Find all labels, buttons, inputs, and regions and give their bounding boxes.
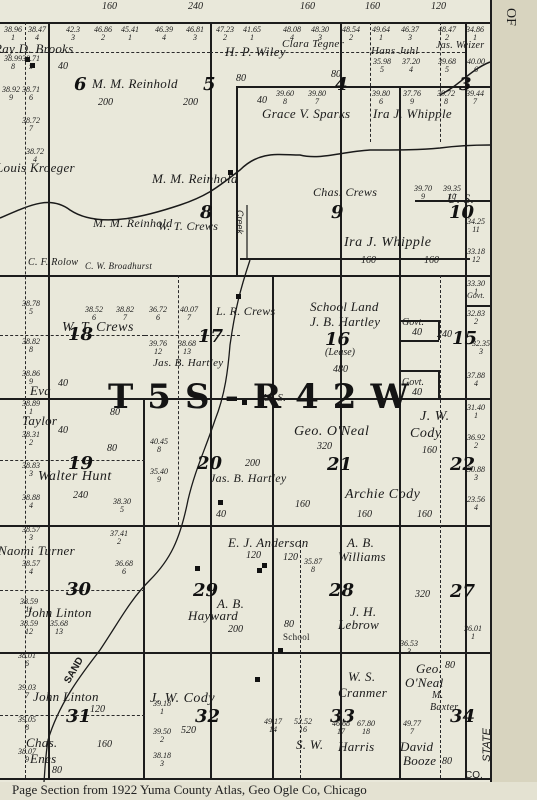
owner-label: A. B. bbox=[347, 536, 374, 549]
section-line bbox=[0, 275, 490, 277]
owner-label: H. P. Wiley bbox=[225, 45, 286, 58]
acreage-label: 160 bbox=[102, 2, 117, 12]
owner-label: M. M. Reinhold bbox=[92, 77, 178, 90]
acreage-label: 40 bbox=[412, 328, 422, 338]
section-number-17: 17 bbox=[198, 328, 223, 346]
section-number-32: 32 bbox=[195, 708, 220, 726]
building-icon bbox=[257, 568, 262, 573]
owner-label: J. W. bbox=[420, 410, 450, 424]
lot-label: 40.077 bbox=[180, 306, 198, 322]
owner-label: School Land bbox=[310, 300, 379, 313]
owner-label: Geo. O'Neal bbox=[294, 425, 369, 439]
acreage-label: 120 bbox=[431, 2, 446, 12]
acreage-label: 320 bbox=[415, 590, 430, 600]
owner-label: E. J. Anderson bbox=[228, 536, 309, 549]
owner-label: L. R. Crews bbox=[216, 305, 276, 317]
lot-label: 46.813 bbox=[186, 26, 204, 42]
acreage-label: 200 bbox=[183, 98, 198, 108]
lot-label: 36.726 bbox=[149, 306, 167, 322]
lot-label: 36.686 bbox=[115, 560, 133, 576]
plat-map: 160 240 160 160 120 OF 6 5 4 3 8 9 10 18… bbox=[0, 0, 537, 800]
acreage-label: 40 bbox=[58, 379, 68, 389]
lot-label: 38.884 bbox=[22, 494, 40, 510]
lot-label: 37.884 bbox=[467, 372, 485, 388]
lot-label: 23.564 bbox=[467, 496, 485, 512]
lot-label: 38.929 bbox=[2, 86, 20, 102]
acreage-label: 80 bbox=[110, 408, 120, 418]
owner-label: Jas. B. Hartley bbox=[153, 358, 223, 369]
lot-label: 47.232 bbox=[216, 26, 234, 42]
lot-label: 30.883 bbox=[467, 466, 485, 482]
acreage-label: 80 bbox=[107, 444, 117, 454]
owner-label: Jas. B. Hartley bbox=[210, 472, 286, 484]
lot-label: 38.828 bbox=[22, 338, 40, 354]
building-icon bbox=[236, 294, 241, 299]
acreage-label: 200 bbox=[245, 459, 260, 469]
lot-label: 39.806 bbox=[372, 90, 390, 106]
section-line bbox=[48, 22, 50, 778]
section-number-9: 9 bbox=[331, 204, 344, 222]
govt-parcel-border bbox=[399, 340, 439, 342]
lot-label: 48.542 bbox=[342, 26, 360, 42]
acreage-label: 240 bbox=[437, 330, 452, 340]
lot-label: 42.33 bbox=[66, 26, 80, 42]
govt-parcel-border bbox=[438, 370, 440, 398]
state-road-label: STATE bbox=[481, 728, 493, 762]
lot-label: 33.1812 bbox=[467, 248, 485, 264]
section-line bbox=[0, 22, 490, 24]
lot-label: 38.474 bbox=[28, 26, 46, 42]
acreage-label: 160 bbox=[365, 2, 380, 12]
section-line bbox=[143, 400, 145, 778]
lot-label: 34.861 bbox=[466, 26, 484, 42]
owner-label: S. W. bbox=[296, 738, 323, 751]
section-number-27: 27 bbox=[450, 583, 475, 601]
acreage-label: 80 bbox=[52, 766, 62, 776]
section-number-29: 29 bbox=[193, 582, 218, 600]
lot-label: 39.3510 bbox=[443, 185, 461, 201]
section-line bbox=[465, 22, 467, 778]
owner-label: Harris bbox=[338, 740, 374, 753]
lot-label: 38.6813 bbox=[178, 340, 196, 356]
owner-label: Cranmer bbox=[338, 686, 387, 699]
lease-note: (Lease) bbox=[325, 348, 355, 358]
acreage-label: 120 bbox=[90, 705, 105, 715]
lot-label: 41.651 bbox=[243, 26, 261, 42]
owner-label: Walter Hunt bbox=[38, 470, 112, 484]
lot-label: 38.305 bbox=[113, 498, 131, 514]
owner-label: O'Neal bbox=[405, 676, 444, 689]
acreage-label: 480 bbox=[333, 365, 348, 375]
owner-label: David bbox=[400, 740, 433, 753]
lot-label: 39.037 bbox=[18, 684, 36, 700]
acreage-label: 160 bbox=[424, 256, 439, 266]
lot-label: 52.5216 bbox=[294, 718, 312, 734]
acreage-label: 240 bbox=[73, 491, 88, 501]
lot-label: 46.862 bbox=[94, 26, 112, 42]
lot-label: 39.7612 bbox=[149, 340, 167, 356]
lot-label: 38.869 bbox=[22, 370, 40, 386]
owner-label: Grace V. Sparks bbox=[262, 107, 350, 120]
owner-label: J. B. Hartley bbox=[310, 315, 380, 328]
govt-parcel-border bbox=[465, 305, 490, 307]
lot-label: 40.006 bbox=[467, 58, 485, 74]
lot-label: 38.833 bbox=[22, 462, 40, 478]
lot-label: 38.573 bbox=[22, 526, 40, 542]
lot-label: 46.394 bbox=[155, 26, 173, 42]
lot-label: 38.526 bbox=[85, 306, 103, 322]
acreage-label: 200 bbox=[98, 98, 113, 108]
section-number-5: 5 bbox=[203, 76, 216, 94]
owner-label: Archie Cody bbox=[345, 488, 420, 502]
lot-label: 36.922 bbox=[467, 434, 485, 450]
lot-label: 38.785 bbox=[22, 300, 40, 316]
lot-label: 35.985 bbox=[373, 58, 391, 74]
acreage-label: 200 bbox=[228, 625, 243, 635]
owner-label: Hans Juhl bbox=[371, 46, 419, 57]
lot-label: 36.533 bbox=[400, 640, 418, 656]
building-icon bbox=[262, 563, 267, 568]
owner-label: W. T. Crews bbox=[158, 220, 218, 232]
lot-label: 39.447 bbox=[466, 90, 484, 106]
owner-label: Booze bbox=[403, 754, 436, 767]
owner-label: M. bbox=[432, 691, 443, 701]
section-line bbox=[0, 525, 490, 527]
lot-label: 40.458 bbox=[150, 438, 168, 454]
lot-label: 38.961 bbox=[4, 26, 22, 42]
acreage-label: 40 bbox=[257, 96, 267, 106]
lot-label: 38.827 bbox=[116, 306, 134, 322]
building-icon bbox=[255, 677, 260, 682]
school-label: School bbox=[283, 633, 310, 642]
govt-parcel-border bbox=[399, 370, 439, 372]
acreage-label: 160 bbox=[357, 510, 372, 520]
owner-label: Chas. Crews bbox=[313, 186, 377, 198]
acreage-label: 160 bbox=[361, 256, 376, 266]
owner-label: Geo. bbox=[416, 662, 442, 675]
owner-label: John Linton bbox=[33, 690, 99, 703]
owner-label: Ira J. Whipple bbox=[344, 236, 431, 250]
owner-label: U. S. bbox=[263, 393, 286, 404]
lot-label: 35.878 bbox=[304, 558, 322, 574]
lot-label: 38.716 bbox=[22, 86, 40, 102]
lot-label: 37.769 bbox=[403, 90, 421, 106]
lot-label: 39.807 bbox=[308, 90, 326, 106]
map-caption: Page Section from 1922 Yuma County Atlas… bbox=[0, 782, 537, 800]
lot-label: 48.472 bbox=[438, 26, 456, 42]
lot-label: 38.079 bbox=[18, 748, 36, 764]
lot-label: 38.183 bbox=[153, 752, 171, 768]
lot-label: 37.412 bbox=[110, 530, 128, 546]
county-road-label: CO. bbox=[465, 770, 483, 781]
section-line bbox=[272, 275, 274, 778]
lot-label: 48.303 bbox=[311, 26, 329, 42]
lot-label: 33.301 bbox=[467, 280, 485, 296]
lot-label: 39.709 bbox=[414, 185, 432, 201]
lot-label: 38.891 bbox=[22, 400, 40, 416]
acreage-label: 160 bbox=[97, 740, 112, 750]
lot-label: 35.409 bbox=[150, 468, 168, 484]
lot-label: 32.832 bbox=[467, 310, 485, 326]
lot-label: 35.6813 bbox=[50, 620, 68, 636]
lot-label: 39.685 bbox=[438, 58, 456, 74]
lot-label: 37.204 bbox=[402, 58, 420, 74]
owner-label: C. F. Rolow bbox=[28, 258, 78, 268]
lot-label: 38.998 bbox=[4, 55, 22, 71]
lot-label: 39.728 bbox=[437, 90, 455, 106]
lot-label: 32.353 bbox=[472, 340, 490, 356]
owner-label: Jas. Weizer bbox=[436, 41, 484, 51]
lot-label: 38.727 bbox=[22, 117, 40, 133]
acreage-label: 160 bbox=[417, 510, 432, 520]
lot-label: 49.777 bbox=[403, 720, 421, 736]
acreage-label: 40 bbox=[58, 62, 68, 72]
owner-label: Cody bbox=[410, 427, 442, 441]
lot-label: 49.1714 bbox=[264, 718, 282, 734]
lot-label: 38.5912 bbox=[20, 620, 38, 636]
lot-label: 34.2511 bbox=[467, 218, 485, 234]
road-label: OF bbox=[503, 8, 517, 26]
section-line bbox=[0, 778, 490, 780]
lot-label: 31.401 bbox=[467, 404, 485, 420]
owner-label: M. M. Reinhold bbox=[152, 172, 238, 185]
acreage-label: 240 bbox=[188, 2, 203, 12]
acreage-label: 40 bbox=[58, 426, 68, 436]
acreage-label: 80 bbox=[331, 70, 341, 80]
acreage-label: 80 bbox=[236, 74, 246, 84]
lot-label: 46.373 bbox=[401, 26, 419, 42]
lot-label: 67.8018 bbox=[357, 720, 375, 736]
acreage-label: 40 bbox=[412, 388, 422, 398]
section-number-6: 6 bbox=[74, 76, 87, 94]
creek-label: Creek bbox=[235, 210, 245, 234]
section-number-30: 30 bbox=[66, 581, 91, 599]
lot-label: 45.411 bbox=[121, 26, 139, 42]
lot-label: 38.715 bbox=[22, 55, 40, 71]
acreage-label: 160 bbox=[295, 500, 310, 510]
lot-label: 49.641 bbox=[372, 26, 390, 42]
lot-label: 39.181 bbox=[153, 700, 171, 716]
acreage-label: 80 bbox=[445, 661, 455, 671]
owner-label: Hayward bbox=[188, 609, 238, 622]
owner-label: Lebrow bbox=[338, 618, 379, 631]
acreage-label: 160 bbox=[422, 446, 437, 456]
lot-line bbox=[370, 22, 371, 142]
lot-label: 39.058 bbox=[18, 716, 36, 732]
section-number-28: 28 bbox=[329, 582, 354, 600]
lot-label: 38.724 bbox=[26, 148, 44, 164]
building-icon bbox=[195, 566, 200, 571]
owner-label: C. W. Broadhurst bbox=[85, 262, 152, 271]
owner-label: Ira J. Whipple bbox=[373, 107, 452, 120]
lot-label: 38.574 bbox=[22, 560, 40, 576]
section-number-21: 21 bbox=[327, 456, 352, 474]
lot-label: 38.016 bbox=[18, 652, 36, 668]
acreage-label: 320 bbox=[317, 442, 332, 452]
section-number-31: 31 bbox=[66, 708, 91, 726]
lot-label: 39.608 bbox=[276, 90, 294, 106]
lot-label: 36.011 bbox=[464, 625, 482, 641]
owner-label: W. T. Crews bbox=[62, 321, 134, 335]
lot-label: 38.5911 bbox=[20, 598, 38, 614]
owner-label: Baxter bbox=[430, 703, 458, 713]
school-building-icon bbox=[278, 648, 283, 653]
acreage-label: 520 bbox=[181, 726, 196, 736]
lot-line bbox=[145, 335, 240, 336]
lot-label: 39.502 bbox=[153, 728, 171, 744]
acreage-label: 80 bbox=[442, 757, 452, 767]
acreage-label: 80 bbox=[284, 620, 294, 630]
owner-label: Williams bbox=[338, 550, 386, 563]
section-line bbox=[399, 86, 401, 778]
lot-label: 38.312 bbox=[22, 431, 40, 447]
building-icon bbox=[218, 500, 223, 505]
section-line bbox=[236, 86, 490, 88]
owner-label: Naomi Turner bbox=[0, 544, 75, 557]
acreage-label: 40 bbox=[216, 510, 226, 520]
acreage-label: 120 bbox=[246, 551, 261, 561]
lot-label: 48.084 bbox=[283, 26, 301, 42]
owner-label: W. S. bbox=[348, 670, 375, 683]
acreage-label: 120 bbox=[283, 553, 298, 563]
acreage-label: 160 bbox=[300, 2, 315, 12]
lot-label: 46.6817 bbox=[332, 720, 350, 736]
